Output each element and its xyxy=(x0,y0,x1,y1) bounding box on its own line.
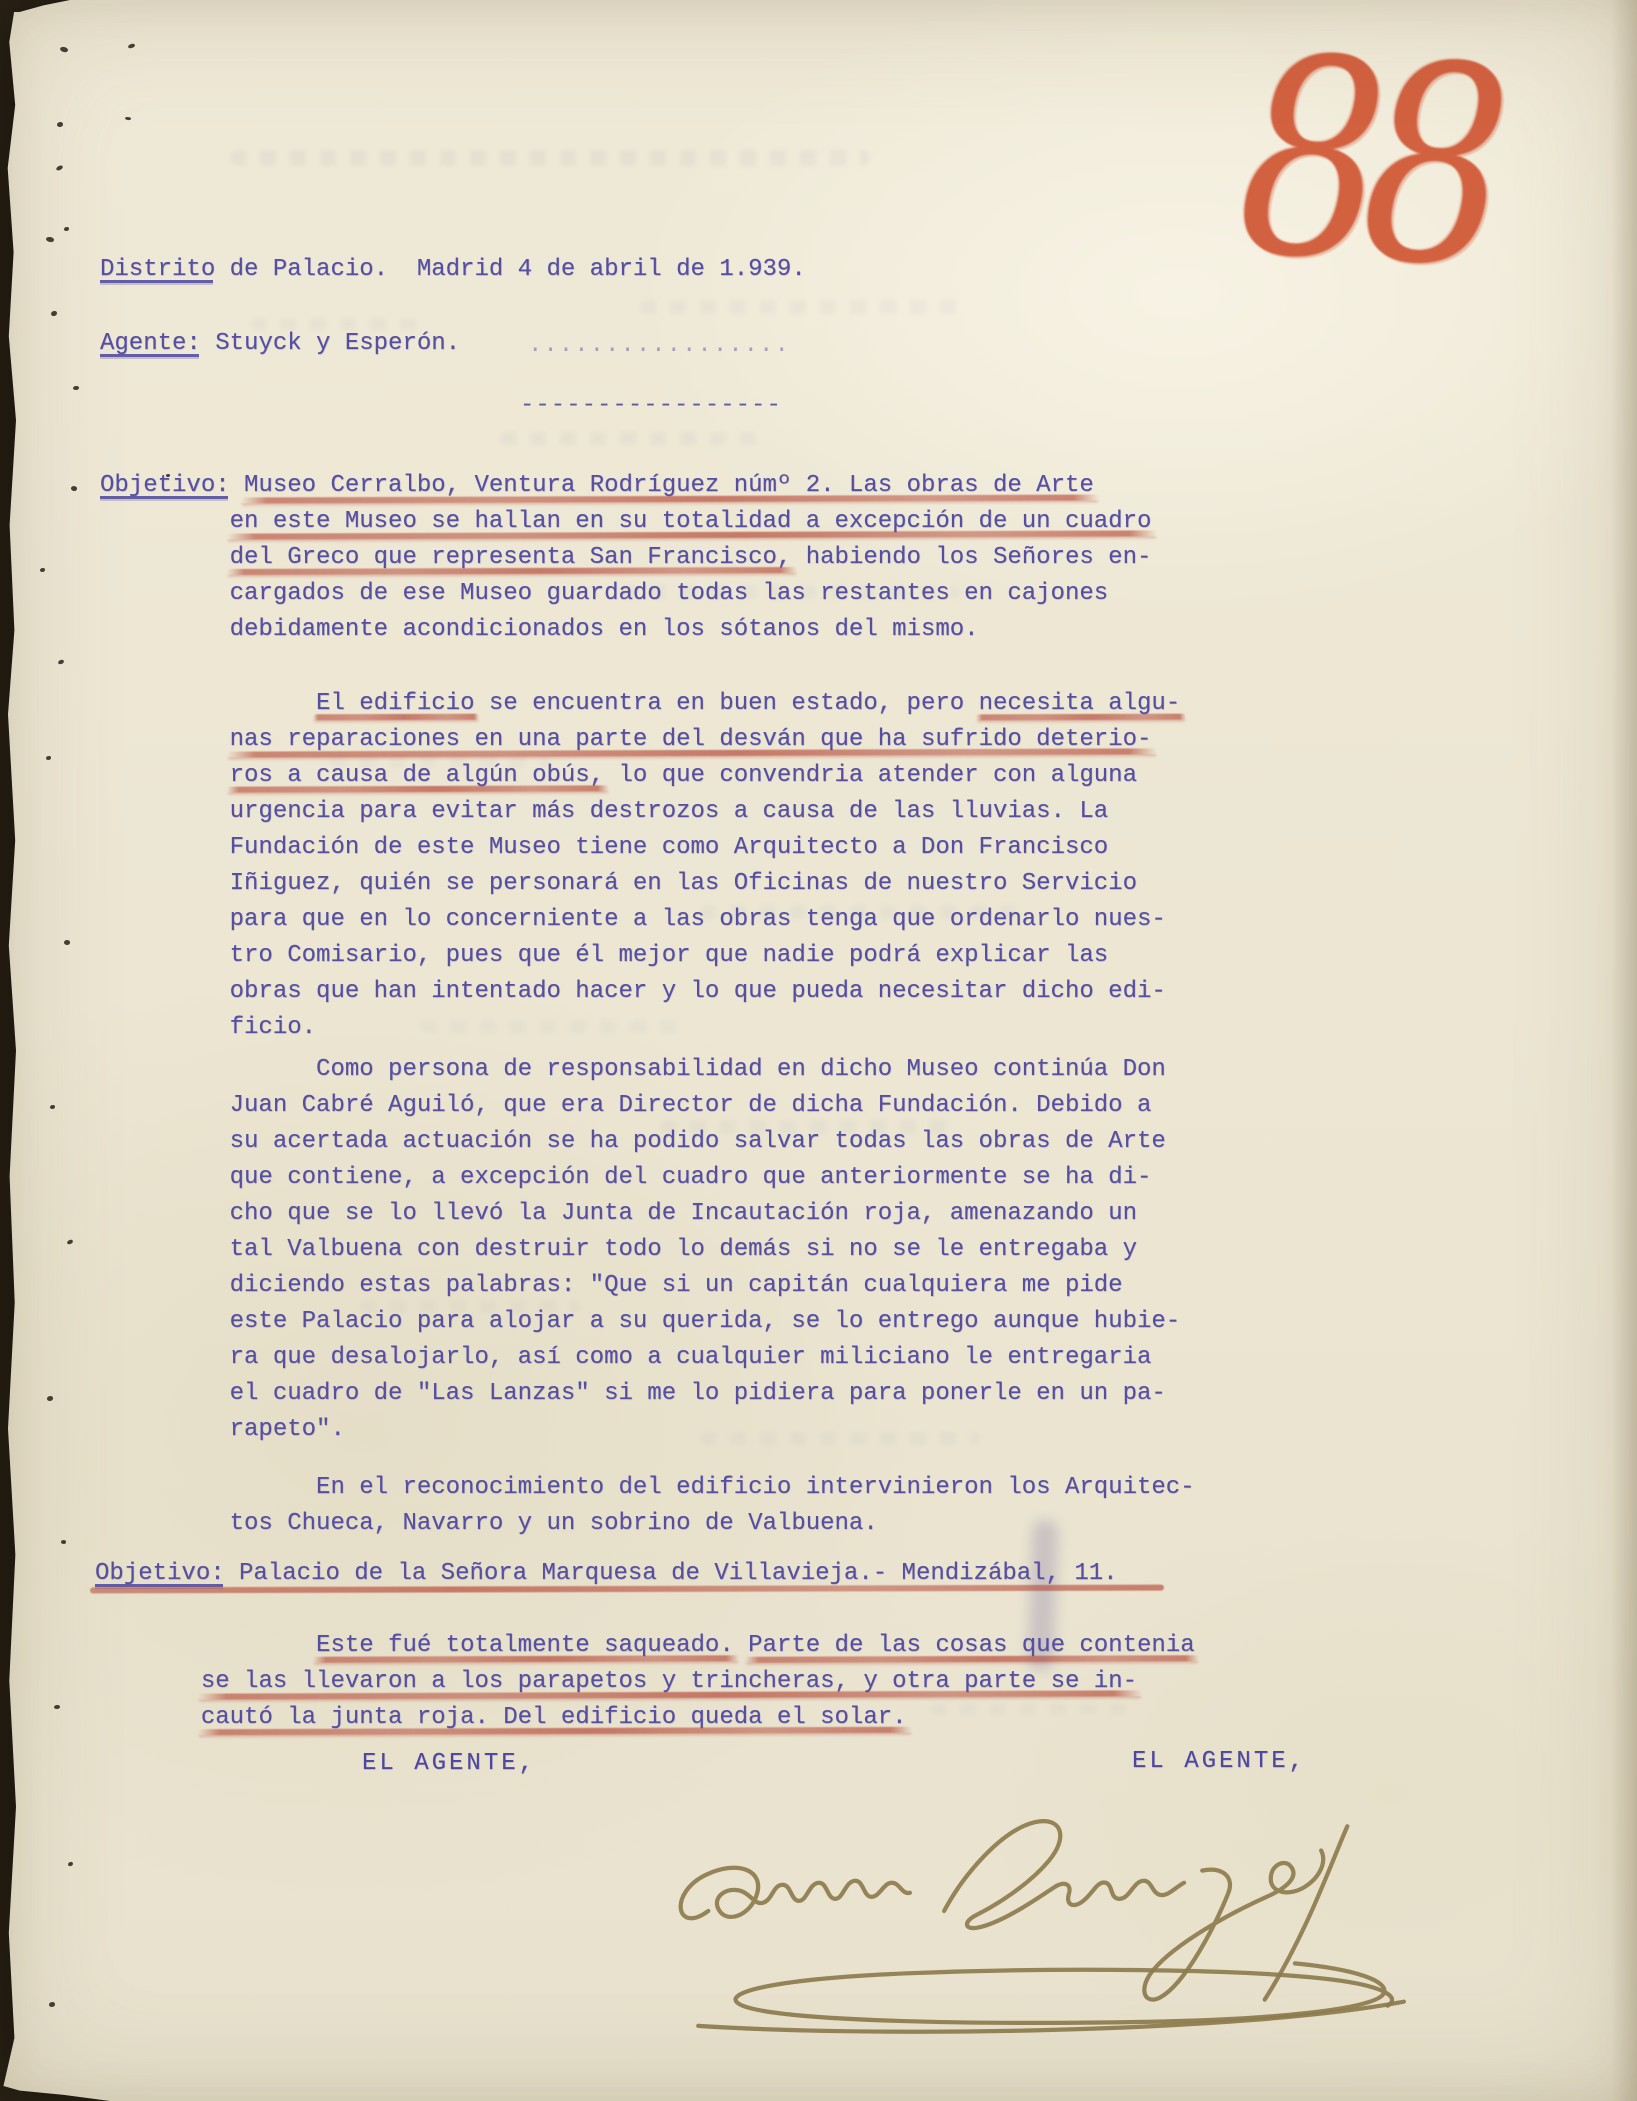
text-line: Fundación de este Museo tiene como Arqui… xyxy=(100,830,1108,866)
text-line: cargados de ese Museo guardado todas las… xyxy=(100,576,1108,612)
ink-speck xyxy=(45,236,54,243)
red-pencil-underlined-text: en este Museo se hallan en su totalidad … xyxy=(230,504,1152,540)
typed-text: ficio. xyxy=(100,1010,316,1046)
scan-edge-left xyxy=(0,0,16,2101)
text-line: cautó la junta roja. Del edificio queda … xyxy=(100,1700,907,1736)
red-pencil-underlined-text: Este fué totalmente saqueado. xyxy=(316,1628,734,1664)
objective-palacio-villavieja: Objetivo: Palacio de la Señora Marquesa … xyxy=(95,1556,1118,1592)
typed-text: Fundación de este Museo tiene como Arqui… xyxy=(100,830,1108,866)
paragraph-looted-palace: Este fué totalmente saqueado. Parte de l… xyxy=(100,1628,1195,1736)
ink-speck xyxy=(55,165,63,172)
typed-text: debidamente acondicionados en los sótano… xyxy=(100,612,979,648)
scan-edge-bottom xyxy=(0,2085,110,2101)
scan-edge-top xyxy=(0,0,70,12)
text-line: este Palacio para alojar a su querida, s… xyxy=(100,1304,1180,1340)
typed-text: de Palacio. Madrid 4 de abril de 1.939. xyxy=(215,252,806,288)
ink-speck xyxy=(61,1539,67,1544)
text-line: el cuadro de "Las Lanzas" si me lo pidie… xyxy=(100,1376,1166,1412)
typed-text: rapeto". xyxy=(100,1412,345,1448)
ink-speck xyxy=(40,568,45,572)
typed-text: cargados de ese Museo guardado todas las… xyxy=(100,576,1108,612)
ink-underlined-label: Objetivo: xyxy=(95,1556,225,1592)
bleed-through-smudge xyxy=(640,300,970,314)
ink-speck xyxy=(64,227,69,231)
typed-text xyxy=(100,1700,201,1736)
typed-text: habiendo los Señores en- xyxy=(791,540,1151,576)
typed-text xyxy=(100,1664,201,1700)
typed-text: diciendo estas palabras: "Que si un capi… xyxy=(100,1268,1123,1304)
typed-text: tro Comisario, pues que él mejor que nad… xyxy=(100,938,1108,974)
bleed-through-smudge xyxy=(230,150,870,166)
text-line: cho que se lo llevó la Junta de Incautac… xyxy=(100,1196,1137,1232)
ink-speck xyxy=(125,117,131,121)
paragraph-juan-cabre: Como persona de responsabilidad en dicho… xyxy=(100,1052,1180,1448)
text-line: Juan Cabré Aguiló, que era Director de d… xyxy=(100,1088,1151,1124)
text-line: Objetivo: Museo Cerralbo, Ventura Rodríg… xyxy=(100,468,1094,504)
text-line: ficio. xyxy=(100,1010,316,1046)
ink-speck xyxy=(64,939,71,945)
typed-text: Palacio de la Señora Marquesa de Villavi… xyxy=(225,1556,1118,1592)
typed-text xyxy=(100,1628,316,1664)
text-line: Agente: Stuyck y Esperón. xyxy=(100,326,460,362)
ink-speck xyxy=(66,1239,73,1245)
dashed-separator: ----------------- xyxy=(520,392,782,419)
text-line: tro Comisario, pues que él mejor que nad… xyxy=(100,938,1108,974)
typed-text: este Palacio para alojar a su querida, s… xyxy=(100,1304,1180,1340)
paragraph-objective-museo-cerralbo: Objetivo: Museo Cerralbo, Ventura Rodríg… xyxy=(100,468,1151,648)
paragraph-building-condition: El edificio se encuentra en buen estado,… xyxy=(100,686,1180,1046)
ink-speck xyxy=(128,43,136,49)
ink-underlined-label: Objetivo: xyxy=(100,468,230,504)
typed-text: Stuyck y Esperón. xyxy=(201,326,460,362)
ink-speck xyxy=(70,485,77,492)
typed-text xyxy=(100,758,230,794)
paragraph-architects: En el reconocimiento del edificio interv… xyxy=(100,1470,1195,1542)
red-pencil-underlined-text: necesita algu- xyxy=(979,686,1181,722)
dotted-filler: ................. xyxy=(528,332,790,359)
text-line: del Greco que representa San Francisco, … xyxy=(100,540,1151,576)
red-pencil-underlined-text: se las llevaron a los parapetos y trinch… xyxy=(201,1664,1137,1700)
typed-text: urgencia para evitar más destrozos a cau… xyxy=(100,794,1108,830)
text-line: tal Valbuena con destruir todo lo demás … xyxy=(100,1232,1137,1268)
red-pencil-underlined-text: Parte de las cosas que contenia xyxy=(748,1628,1194,1664)
agent-label-right: EL AGENTE, xyxy=(1132,1748,1306,1775)
typed-text: cho que se lo llevó la Junta de Incautac… xyxy=(100,1196,1137,1232)
ink-speck xyxy=(68,1862,74,1867)
typed-text: Juan Cabré Aguiló, que era Director de d… xyxy=(100,1088,1151,1124)
typed-text: obras que han intentado hacer y lo que p… xyxy=(100,974,1166,1010)
red-pencil-underlined-text: Museo Cerralbo, Ventura Rodríguez númº 2… xyxy=(244,468,1094,504)
text-line: ra que desalojarlo, así como a cualquier… xyxy=(100,1340,1151,1376)
red-pencil-underlined-text: cautó la junta roja. Del edificio queda … xyxy=(201,1700,907,1736)
text-line: tos Chueca, Navarro y un sobrino de Valb… xyxy=(100,1506,878,1542)
ink-speck xyxy=(58,659,65,665)
red-pencil-underlined-text: nas reparaciones en una parte del desván… xyxy=(230,722,1152,758)
typed-text: que contiene, a excepción del cuadro que… xyxy=(100,1160,1151,1196)
scan-edge-right-shade xyxy=(1611,0,1637,2101)
typed-text: el cuadro de "Las Lanzas" si me lo pidie… xyxy=(100,1376,1166,1412)
ink-speck xyxy=(59,46,68,53)
agent-signature xyxy=(640,1792,1460,2044)
text-line: diciendo estas palabras: "Que si un capi… xyxy=(100,1268,1123,1304)
text-line: Este fué totalmente saqueado. Parte de l… xyxy=(100,1628,1195,1664)
text-line: Distrito de Palacio. Madrid 4 de abril d… xyxy=(100,252,806,288)
text-line: debidamente acondicionados en los sótano… xyxy=(100,612,979,648)
typed-text: tos Chueca, Navarro y un sobrino de Valb… xyxy=(100,1506,878,1542)
text-line: para que en lo concerniente a las obras … xyxy=(100,902,1166,938)
ink-speck xyxy=(54,1705,60,1709)
agent-line: Agente: Stuyck y Esperón. xyxy=(100,326,460,362)
typed-text: ra que desalojarlo, así como a cualquier… xyxy=(100,1340,1151,1376)
red-pencil-underlined-text: del Greco que representa San Francisco, xyxy=(230,540,792,576)
ink-speck xyxy=(50,1105,55,1109)
text-line: ros a causa de algún obús, lo que conven… xyxy=(100,758,1137,794)
red-crayon-page-number: 88 xyxy=(1235,52,1493,275)
ink-speck xyxy=(46,756,51,760)
typed-text: En el reconocimiento del edificio interv… xyxy=(100,1470,1195,1506)
text-line: Como persona de responsabilidad en dicho… xyxy=(100,1052,1166,1088)
text-line: rapeto". xyxy=(100,1412,345,1448)
district-date-line: Distrito de Palacio. Madrid 4 de abril d… xyxy=(100,252,806,288)
ink-speck xyxy=(47,1396,53,1401)
typed-text: su acertada actuación se ha podido salva… xyxy=(100,1124,1166,1160)
typed-text: Iñiguez, quién se personará en las Ofici… xyxy=(100,866,1137,902)
text-line: nas reparaciones en una parte del desván… xyxy=(100,722,1151,758)
text-line: que contiene, a excepción del cuadro que… xyxy=(100,1160,1151,1196)
text-line: su acertada actuación se ha podido salva… xyxy=(100,1124,1166,1160)
typed-text xyxy=(100,722,230,758)
ink-speck xyxy=(49,2002,55,2007)
typed-text: para que en lo concerniente a las obras … xyxy=(100,902,1166,938)
text-line: urgencia para evitar más destrozos a cau… xyxy=(100,794,1108,830)
ink-underlined-label: Agente: xyxy=(100,326,201,362)
typed-text: Como persona de responsabilidad en dicho… xyxy=(100,1052,1166,1088)
text-line: en este Museo se hallan en su totalidad … xyxy=(100,504,1151,540)
red-pencil-underlined-text: El edificio xyxy=(316,686,474,722)
typed-text xyxy=(100,686,316,722)
typed-text: tal Valbuena con destruir todo lo demás … xyxy=(100,1232,1137,1268)
ink-speck xyxy=(51,311,58,317)
typed-text xyxy=(100,504,230,540)
bleed-through-smudge xyxy=(500,432,760,445)
typed-text: lo que convendria atender con alguna xyxy=(604,758,1137,794)
scanned-document-page: 88 Distrito de Palacio. Madrid 4 de abri… xyxy=(0,0,1637,2101)
text-line: Objetivo: Palacio de la Señora Marquesa … xyxy=(95,1556,1118,1592)
typed-text: se encuentra en buen estado, pero xyxy=(474,686,978,722)
text-line: En el reconocimiento del edificio interv… xyxy=(100,1470,1195,1506)
red-pencil-underlined-text: ros a causa de algún obús, xyxy=(230,758,604,794)
ink-underlined-label: Distrito xyxy=(100,252,215,288)
text-line: El edificio se encuentra en buen estado,… xyxy=(100,686,1180,722)
text-line: Iñiguez, quién se personará en las Ofici… xyxy=(100,866,1137,902)
ink-speck xyxy=(73,386,79,390)
typed-text xyxy=(100,540,230,576)
text-line: obras que han intentado hacer y lo que p… xyxy=(100,974,1166,1010)
agent-label-left: EL AGENTE, xyxy=(362,1750,536,1777)
text-line: se las llevaron a los parapetos y trinch… xyxy=(100,1664,1137,1700)
ink-speck xyxy=(57,122,63,127)
